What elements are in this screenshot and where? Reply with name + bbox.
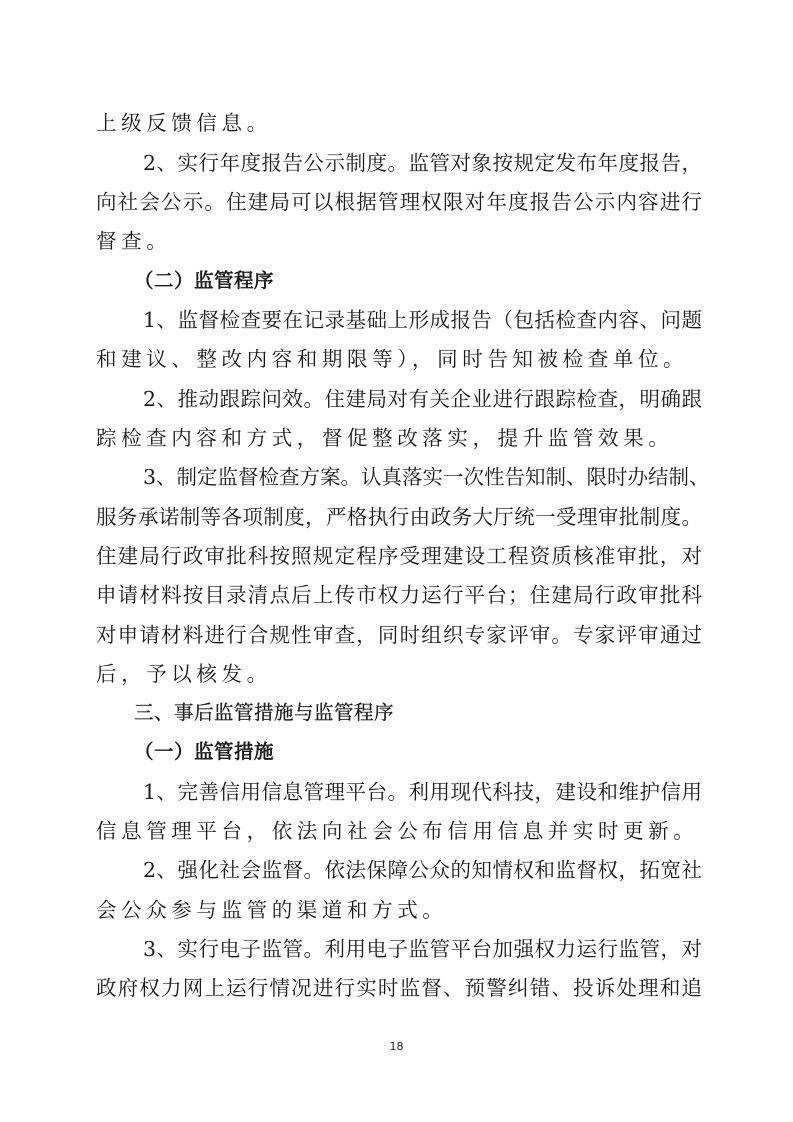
- paragraph-line: 对申请材料进行合规性审查，同时组织专家评审。专家评审通过: [96, 620, 702, 650]
- chapter-heading: 三、事后监管措施与监管程序: [134, 698, 740, 728]
- section-heading: （二）监管程序: [134, 266, 740, 296]
- paragraph-line: 政府权力网上运行情况进行实时监督、预警纠错、投诉处理和追: [96, 973, 702, 1003]
- paragraph-line: 后，予以核发。: [96, 659, 702, 689]
- paragraph-line: 2、强化社会监督。依法保障公众的知情权和监督权，拓宽社: [143, 855, 702, 885]
- paragraph-line: 踪检查内容和方式，督促整改落实，提升监管效果。: [96, 423, 702, 453]
- paragraph-line: 服务承诺制等各项制度，严格执行由政务大厅统一受理审批制度。: [96, 502, 702, 532]
- paragraph-line: 督查。: [96, 226, 702, 256]
- paragraph-line: 和建议、整改内容和期限等），同时告知被检查单位。: [96, 344, 702, 374]
- paragraph-line: 信息管理平台，依法向社会公布信用信息并实时更新。: [96, 816, 702, 846]
- document-page: 上级反馈信息。 2、实行年度报告公示制度。监管对象按规定发布年度报告， 向社会公…: [0, 0, 793, 1122]
- paragraph-line: 3、实行电子监管。利用电子监管平台加强权力运行监管，对: [143, 934, 702, 964]
- paragraph-line: 2、推动跟踪问效。住建局对有关企业进行跟踪检查，明确跟: [143, 384, 702, 414]
- paragraph-line: 1、完善信用信息管理平台。利用现代科技，建设和维护信用: [143, 777, 702, 807]
- paragraph-line: 3、制定监督检查方案。认真落实一次性告知制、限时办结制、: [143, 462, 702, 492]
- paragraph-line: 会公众参与监管的渠道和方式。: [96, 895, 702, 925]
- paragraph-line: 申请材料按目录清点后上传市权力运行平台；住建局行政审批科: [96, 580, 702, 610]
- paragraph-line: 上级反馈信息。: [96, 108, 702, 138]
- paragraph-line: 1、监督检查要在记录基础上形成报告（包括检查内容、问题: [143, 305, 702, 335]
- paragraph-line: 向社会公示。住建局可以根据管理权限对年度报告公示内容进行: [96, 187, 702, 217]
- paragraph-line: 2、实行年度报告公示制度。监管对象按规定发布年度报告，: [143, 148, 702, 178]
- paragraph-line: 住建局行政审批科按照规定程序受理建设工程资质核准审批，对: [96, 541, 702, 571]
- section-heading: （一）监管措施: [134, 737, 740, 767]
- page-number: 18: [0, 1040, 793, 1053]
